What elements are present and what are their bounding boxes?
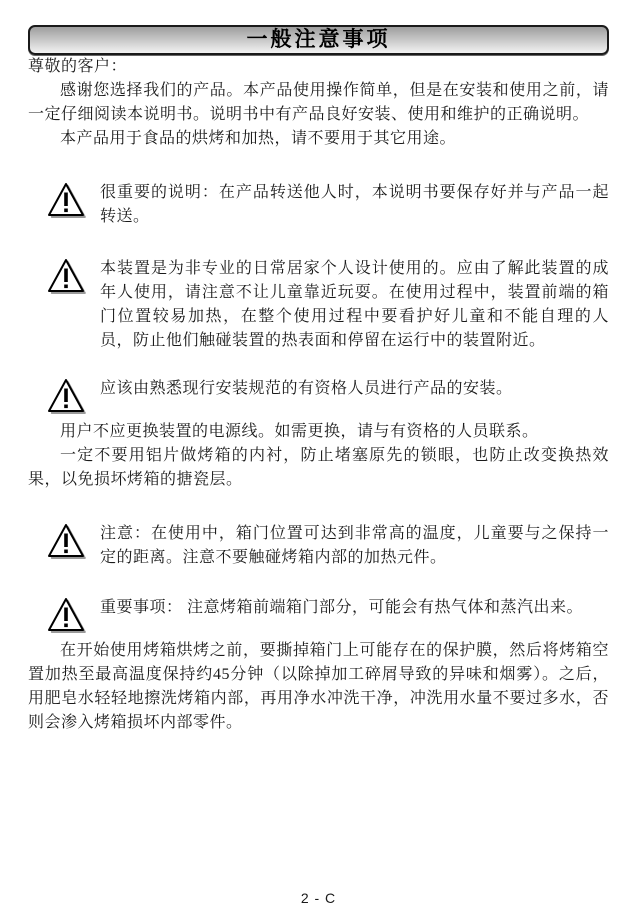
paragraph-purpose: 本产品用于食品的烘烤和加热，请不要用于其它用途。	[28, 127, 609, 151]
paragraph-aluminium-liner: 一定不要用铝片做烤箱的内衬，防止堵塞原先的锁眼，也防止改变换热效果，以免损坏烤箱…	[28, 444, 609, 492]
paragraph-intro: 感谢您选择我们的产品。本产品使用操作简单，但是在安装和使用之前，请一定仔细阅读本…	[28, 79, 609, 127]
warning-text: 很重要的说明：在产品转送他人时，本说明书要保存好并与产品一起转送。	[100, 181, 609, 229]
paragraph-first-use: 在开始使用烤箱烘烤之前，要撕掉箱门上可能存在的保护膜，然后将烤箱空置加热至最高温…	[28, 639, 609, 735]
warning-item: 重要事项： 注意烤箱前端箱门部分，可能会有热气体和蒸汽出来。	[46, 596, 609, 639]
section-title-bar: 一般注意事项	[28, 25, 609, 55]
page-number: 2 - C	[0, 890, 637, 906]
warning-triangle-icon	[46, 257, 86, 300]
warning-text: 重要事项： 注意烤箱前端箱门部分，可能会有热气体和蒸汽出来。	[100, 596, 609, 620]
page-title: 一般注意事项	[247, 29, 391, 52]
warning-text: 本装置是为非专业的日常居家个人设计使用的。应由了解此装置的成年人使用，请注意不让…	[100, 257, 609, 353]
warning-triangle-icon	[46, 181, 86, 224]
warning-item: 应该由熟悉现行安装规范的有资格人员进行产品的安装。	[46, 377, 609, 420]
warning-item: 本装置是为非专业的日常居家个人设计使用的。应由了解此装置的成年人使用，请注意不让…	[46, 257, 609, 353]
warning-triangle-icon	[46, 522, 86, 565]
paragraph-power-cord: 用户不应更换装置的电源线。如需更换，请与有资格的人员联系。	[28, 420, 609, 444]
warning-triangle-icon	[46, 596, 86, 639]
warning-text: 注意：在使用中，箱门位置可达到非常高的温度，儿童要与之保持一定的距离。注意不要触…	[100, 522, 609, 570]
warning-item: 很重要的说明：在产品转送他人时，本说明书要保存好并与产品一起转送。	[46, 181, 609, 229]
warning-triangle-icon	[46, 377, 86, 420]
manual-page: 一般注意事项 尊敬的客户： 感谢您选择我们的产品。本产品使用操作简单，但是在安装…	[0, 0, 637, 919]
warning-item: 注意：在使用中，箱门位置可达到非常高的温度，儿童要与之保持一定的距离。注意不要触…	[46, 522, 609, 570]
warning-text: 应该由熟悉现行安装规范的有资格人员进行产品的安装。	[100, 377, 609, 401]
greeting-text: 尊敬的客户：	[28, 55, 609, 79]
